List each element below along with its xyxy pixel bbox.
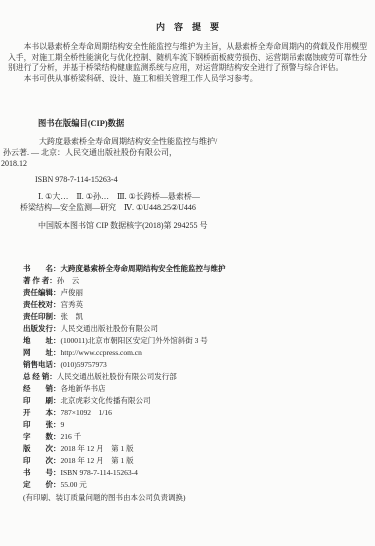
colophon-row-label: 责任印制：: [23, 311, 61, 323]
colophon-row: 经 销：各地新华书店: [23, 383, 375, 395]
colophon-row: 出版发行：人民交通出版社股份有限公司: [23, 323, 375, 335]
colophon-row-label: 开 本：: [23, 407, 61, 419]
colophon-row-label: 书 号：: [23, 467, 61, 479]
colophon-row-value: 787×1092 1/16: [61, 407, 112, 419]
colophon-row-value: (100011)北京市朝阳区安定门外外馆斜街 3 号: [61, 335, 208, 347]
colophon-row-value: 张 凯: [61, 311, 84, 323]
colophon-row: 定 价：55.00 元: [23, 479, 375, 491]
summary-title: 内 容 提 要: [0, 21, 375, 33]
reprint-note: (有印刷、装订质量问题的图书由本公司负责调换): [23, 492, 375, 504]
colophon-row-label: 责任编辑：: [23, 287, 61, 299]
colophon-row-label: 总 经 销：: [23, 371, 57, 383]
colophon-row: 著 作 者：孙 云: [23, 275, 375, 287]
cip-entry-line-3: 2018.12: [1, 158, 375, 169]
book-copyright-page: { "colors": { "paper": "#fbfbfa", "ink":…: [0, 0, 375, 546]
colophon-row-label: 印 次：: [23, 455, 61, 467]
colophon-row-value: 9: [61, 419, 65, 431]
colophon-row: 印 刷：北京虎彩文化传播有限公司: [23, 395, 375, 407]
colophon-row-label: 责任校对：: [23, 299, 61, 311]
colophon-row-value: 孙 云: [57, 275, 80, 287]
colophon-row-value: 人民交通出版社股份有限公司: [61, 323, 159, 335]
colophon-row-label: 字 数：: [23, 431, 61, 443]
colophon-row-label: 书 名：: [23, 263, 61, 275]
colophon-row-label: 经 销：: [23, 383, 61, 395]
colophon-row-label: 销售电话：: [23, 359, 61, 371]
colophon-row-value: 2018 年 12 月 第 1 版: [61, 455, 134, 467]
cip-entry-line-1: 大跨度悬索桥全寿命周期结构安全性能监控与维护/: [39, 136, 375, 147]
colophon-row: 责任印制：张 凯: [23, 311, 375, 323]
colophon-row: 书 号：ISBN 978-7-114-15263-4: [23, 467, 375, 479]
colophon-row: 责任校对：宫秀英: [23, 299, 375, 311]
colophon-row: 开 本：787×1092 1/16: [23, 407, 375, 419]
colophon-row-value: 各地新华书店: [61, 383, 106, 395]
isbn-line: ISBN 978-7-114-15263-4: [35, 174, 375, 185]
classification-line-2: 桥梁结构—安全监测—研究 Ⅳ. ①U448.25②U446: [20, 202, 375, 213]
cip-entry: 大跨度悬索桥全寿命周期结构安全性能监控与维护/ 孙云著. — 北京：人民交通出版…: [0, 136, 375, 169]
colophon-row-value: ISBN 978-7-114-15263-4: [61, 467, 138, 479]
colophon-row-label: 网 址：: [23, 347, 61, 359]
colophon-row-value: 216 千: [61, 431, 82, 443]
colophon-row-value: 卢俊丽: [61, 287, 84, 299]
colophon-row-label: 版 次：: [23, 443, 61, 455]
colophon-row-label: 印 张：: [23, 419, 61, 431]
cip-record: 中国版本图书馆 CIP 数据核字(2018)第 294255 号: [38, 220, 375, 231]
colophon-row: 网 址：http://www.ccpress.com.cn: [23, 347, 375, 359]
summary-paragraph-2: 本书可供从事桥梁科研、设计、施工和相关管理工作人员学习参考。: [8, 74, 367, 85]
colophon-row-value: 55.00 元: [61, 479, 87, 491]
summary-paragraph-1: 本书以悬索桥全寿命周期结构安全性能监控与维护为主旨，从悬索桥全寿命周期内的荷载及…: [8, 42, 367, 74]
colophon-row-label: 地 址：: [23, 335, 61, 347]
colophon-row: 印 次：2018 年 12 月 第 1 版: [23, 455, 375, 467]
colophon-row-value: 宫秀英: [61, 299, 84, 311]
colophon-row-label: 印 刷：: [23, 395, 61, 407]
colophon-row-label: 出版发行：: [23, 323, 61, 335]
page: 内 容 提 要 本书以悬索桥全寿命周期结构安全性能监控与维护为主旨，从悬索桥全寿…: [0, 0, 375, 546]
colophon-row: 地 址：(100011)北京市朝阳区安定门外外馆斜街 3 号: [23, 335, 375, 347]
colophon-row: 销售电话：(010)59757973: [23, 359, 375, 371]
colophon-row-value: 2018 年 12 月 第 1 版: [61, 443, 134, 455]
colophon-row-value: 北京虎彩文化传播有限公司: [61, 395, 151, 407]
colophon-row: 书 名：大跨度悬索桥全寿命周期结构安全性能监控与维护: [23, 263, 375, 275]
colophon-row: 版 次：2018 年 12 月 第 1 版: [23, 443, 375, 455]
colophon-row: 字 数：216 千: [23, 431, 375, 443]
colophon-section: 书 名：大跨度悬索桥全寿命周期结构安全性能监控与维护 著 作 者：孙 云 责任编…: [0, 263, 375, 504]
colophon-row: 责任编辑：卢俊丽: [23, 287, 375, 299]
cip-heading: 图书在版编目(CIP)数据: [38, 118, 375, 129]
colophon-row-label: 定 价：: [23, 479, 61, 491]
cip-entry-line-2: 孙云著. — 北京：人民交通出版社股份有限公司，: [3, 147, 375, 158]
colophon-row-value: http://www.ccpress.com.cn: [61, 347, 142, 359]
colophon-row: 总 经 销：人民交通出版社股份有限公司发行部: [23, 371, 375, 383]
colophon-row-value: (010)59757973: [61, 359, 107, 371]
colophon-row: 印 张：9: [23, 419, 375, 431]
summary-section: 本书以悬索桥全寿命周期结构安全性能监控与维护为主旨，从悬索桥全寿命周期内的荷载及…: [8, 42, 367, 85]
cip-section: 图书在版编目(CIP)数据 大跨度悬索桥全寿命周期结构安全性能监控与维护/ 孙云…: [0, 118, 375, 231]
classification-line-1: Ⅰ. ①大… Ⅱ. ①孙… Ⅲ. ①长跨桥—悬索桥—: [38, 191, 375, 202]
colophon-row-value: 大跨度悬索桥全寿命周期结构安全性能监控与维护: [61, 263, 226, 275]
cip-classification: Ⅰ. ①大… Ⅱ. ①孙… Ⅲ. ①长跨桥—悬索桥— 桥梁结构—安全监测—研究 …: [0, 191, 375, 213]
colophon-row-value: 人民交通出版社股份有限公司发行部: [57, 371, 177, 383]
colophon-row-label: 著 作 者：: [23, 275, 57, 287]
